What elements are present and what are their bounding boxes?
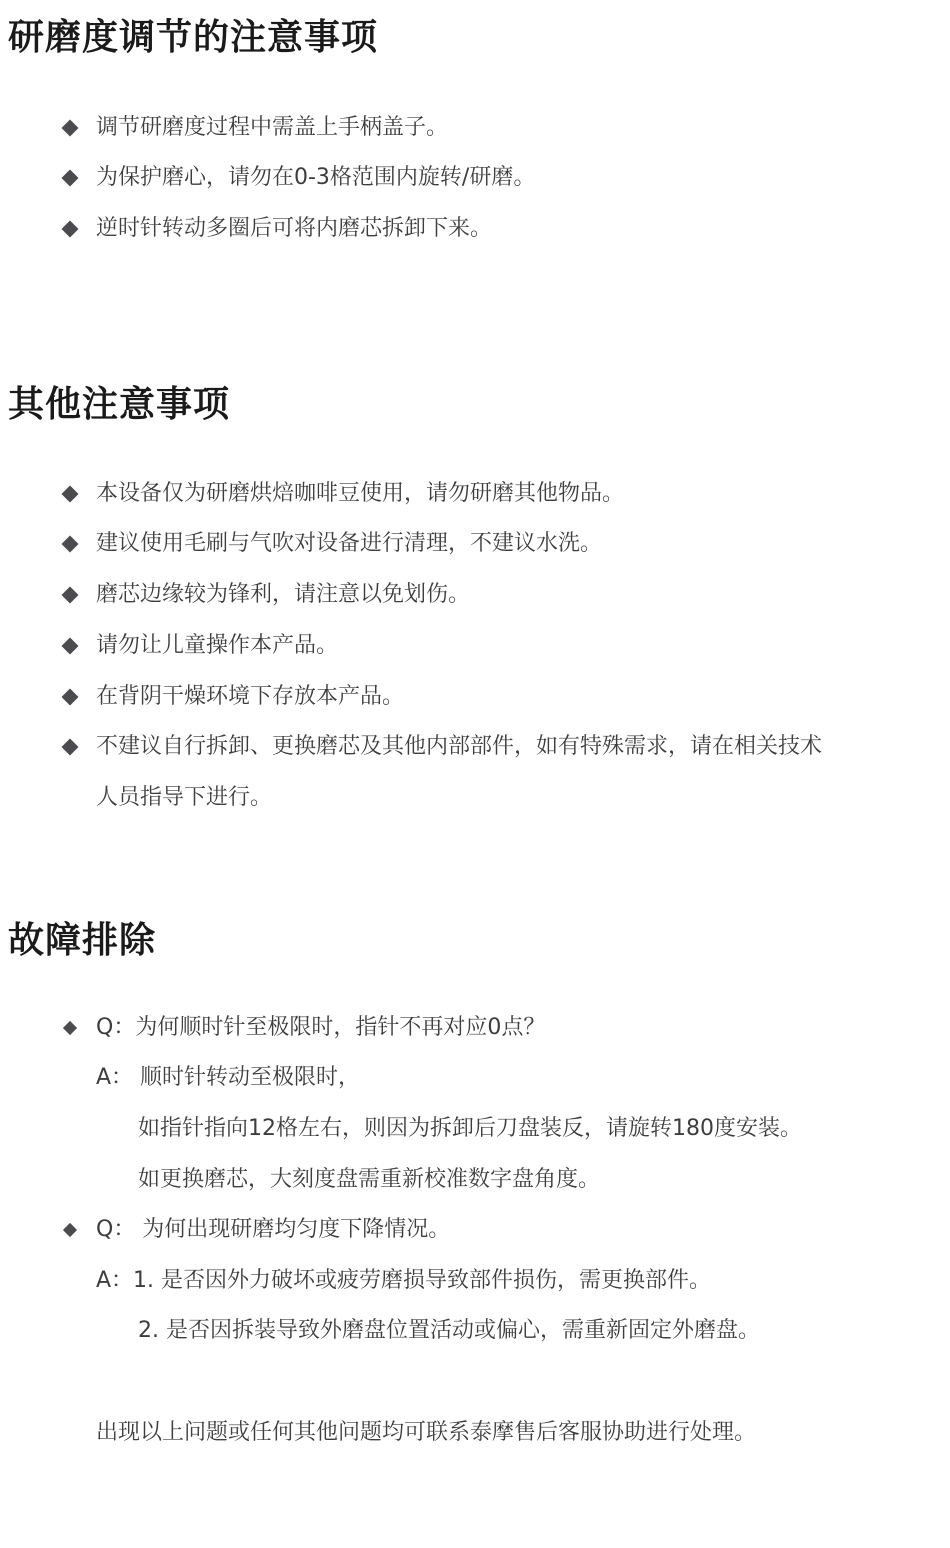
list-item-continuation: 人员指导下进行。 — [96, 783, 272, 813]
list-item: 建议使用毛刷与气吹对设备进行清理，不建议水洗。 — [96, 529, 602, 559]
diamond-icon — [62, 536, 79, 553]
list-item: 为保护磨心，请勿在0-3格范围内旋转/研磨。 — [96, 163, 535, 193]
diamond-icon — [62, 170, 79, 187]
list-item: 不建议自行拆卸、更换磨芯及其他内部部件，如有特殊需求，请在相关技术 — [96, 732, 822, 762]
faq-answer: 如指针指向12格左右，则因为拆卸后刀盘装反，请旋转180度安装。 — [138, 1114, 802, 1144]
faq-question: Q：为何顺时针至极限时，指针不再对应0点？ — [96, 1013, 545, 1043]
faq-answer: 如更换磨芯，大刻度盘需重新校准数字盘角度。 — [138, 1165, 600, 1195]
faq-question: Q： 为何出现研磨均匀度下降情况。 — [96, 1215, 450, 1245]
section-title-other-notes: 其他注意事项 — [8, 385, 230, 425]
list-item: 逆时针转动多圈后可将内磨芯拆卸下来。 — [96, 214, 492, 244]
diamond-icon — [62, 689, 79, 706]
diamond-icon — [63, 1021, 77, 1035]
faq-answer: A：1. 是否因外力破坏或疲劳磨损导致部件损伤，需更换部件。 — [96, 1266, 711, 1296]
diamond-icon — [62, 486, 79, 503]
support-note: 出现以上问题或任何其他问题均可联系泰摩售后客服协助进行处理。 — [96, 1418, 756, 1448]
list-item: 请勿让儿童操作本产品。 — [96, 631, 338, 661]
list-item: 在背阴干燥环境下存放本产品。 — [96, 682, 404, 712]
faq-answer: A： 顺时针转动至极限时， — [96, 1063, 360, 1093]
list-item: 调节研磨度过程中需盖上手柄盖子。 — [96, 113, 448, 143]
faq-answer: 2. 是否因拆装导致外磨盘位置活动或偏心，需重新固定外磨盘。 — [138, 1316, 760, 1346]
diamond-icon — [62, 221, 79, 238]
section-title-troubleshooting: 故障排除 — [8, 921, 156, 961]
section-title-grind-adjustment: 研磨度调节的注意事项 — [8, 18, 378, 58]
diamond-icon — [63, 1223, 77, 1237]
diamond-icon — [62, 739, 79, 756]
list-item: 本设备仅为研磨烘焙咖啡豆使用，请勿研磨其他物品。 — [96, 479, 624, 509]
diamond-icon — [62, 120, 79, 137]
diamond-icon — [62, 587, 79, 604]
list-item: 磨芯边缘较为锋利，请注意以免划伤。 — [96, 580, 470, 610]
diamond-icon — [62, 638, 79, 655]
